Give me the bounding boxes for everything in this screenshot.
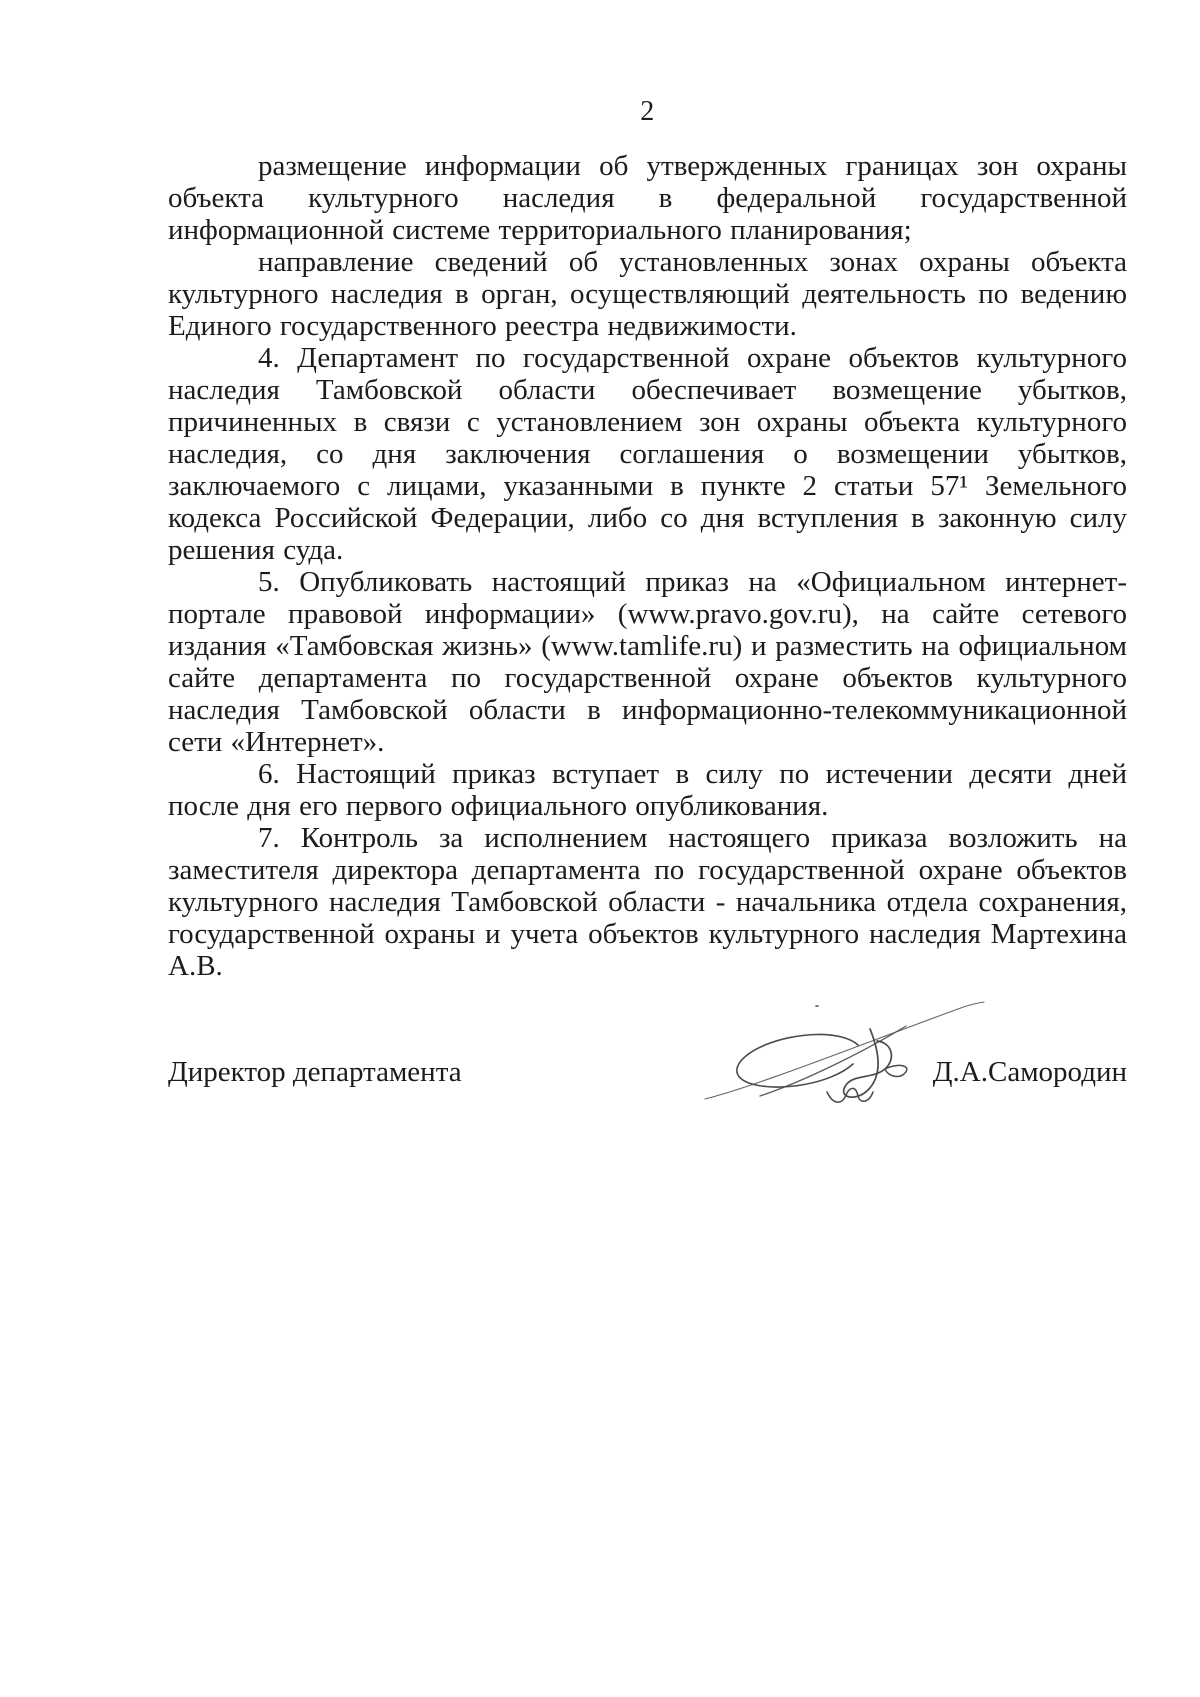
signature-block: Директор департамента Д.А.Самородин [168, 1056, 1127, 1088]
page-number: 2 [168, 96, 1127, 128]
paragraph-item-7: 7. Контроль за исполнением настоящего пр… [168, 822, 1127, 982]
signer-position-title: Директор департамента [168, 1056, 462, 1088]
handwritten-signature [700, 993, 1000, 1111]
paragraph-item-4: 4. Департамент по государственной охране… [168, 342, 1127, 566]
paragraph-placement-info: размещение информации об утвержденных гр… [168, 150, 1127, 246]
signer-name: Д.А.Самородин [933, 1056, 1127, 1088]
document-page: 2 размещение информации об утвержденных … [0, 0, 1200, 1697]
paragraph-item-5: 5. Опубликовать настоящий приказ на «Офи… [168, 566, 1127, 758]
document-body: размещение информации об утвержденных гр… [168, 150, 1127, 982]
paragraph-data-direction: направление сведений об установленных зо… [168, 246, 1127, 342]
paragraph-item-6: 6. Настоящий приказ вступает в силу по и… [168, 758, 1127, 822]
